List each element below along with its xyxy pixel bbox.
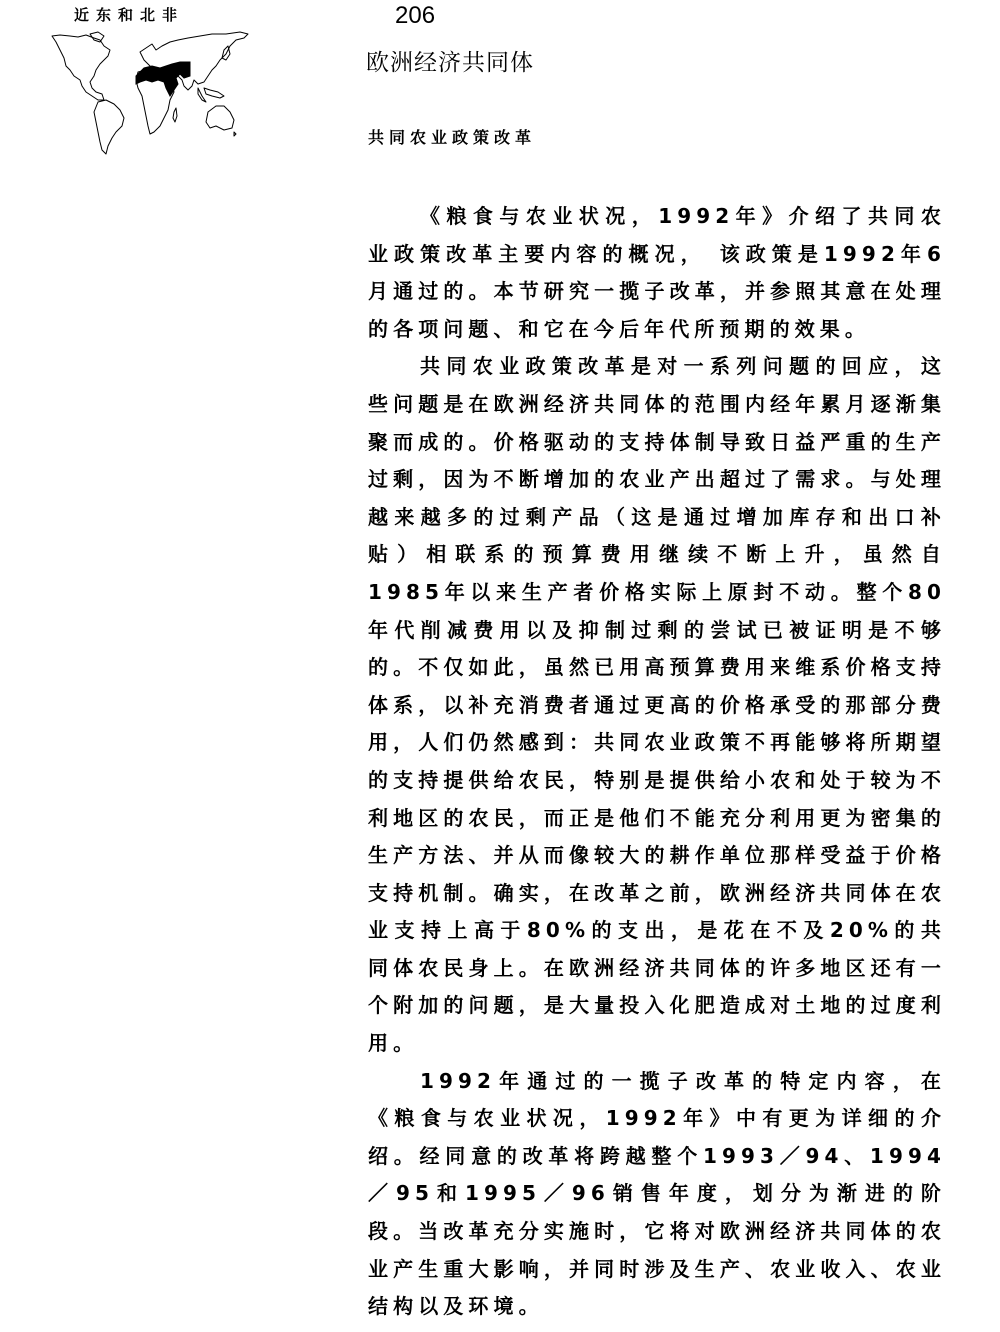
north-america-outline xyxy=(52,35,110,100)
south-america-outline xyxy=(94,100,124,154)
region-label: 近东和北非 xyxy=(74,4,184,25)
section-title: 共同农业政策改革 xyxy=(368,125,536,148)
body-text: 《粮食与农业状况，1992年》介绍了共同农业政策改革主要内容的概况， 该政策是1… xyxy=(368,198,946,1326)
page-number: 206 xyxy=(395,2,435,30)
world-map-icon xyxy=(48,26,254,158)
eurasia-outline xyxy=(140,32,248,90)
australia-outline xyxy=(206,106,234,130)
paragraph: 共同农业政策改革是对一系列问题的回应，这些问题是在欧洲经济共同体的范围内经年累月… xyxy=(368,348,946,1062)
chapter-title: 欧洲经济共同体 xyxy=(366,44,534,77)
highlighted-region-near-east-north-africa xyxy=(136,62,190,96)
paragraph: 《粮食与农业状况，1992年》介绍了共同农业政策改革主要内容的概况， 该政策是1… xyxy=(368,198,946,348)
paragraph: 1992年通过的一揽子改革的特定内容，在《粮食与农业状况，1992年》中有更为详… xyxy=(368,1063,946,1326)
